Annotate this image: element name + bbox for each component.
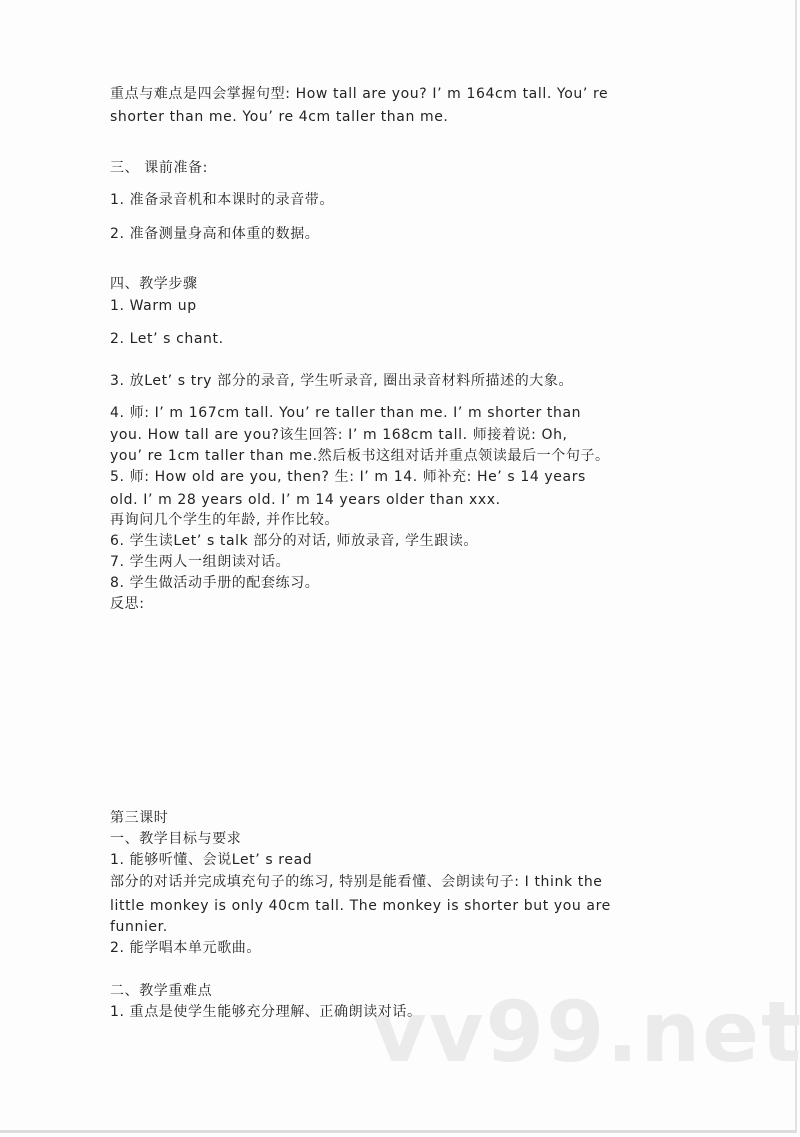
watermark: vv99.net [372, 990, 800, 1074]
document-line: 重点与难点是四会掌握句型: How tall are you? I’ m 164… [110, 86, 608, 102]
document-line: 一、教学目标与要求 [110, 831, 241, 847]
document-line: 2. Let’ s chant. [110, 331, 224, 347]
document-line: old. I’ m 28 years old. I’ m 14 years ol… [110, 492, 501, 508]
document-line: 三、 课前准备: [110, 160, 208, 176]
document-line: 4. 师: I’ m 167cm tall. You’ re taller th… [110, 405, 581, 421]
document-line: 四、教学步骤 [110, 276, 198, 292]
document-line: 1. 能够听懂、会说Let’ s read [110, 852, 312, 868]
document-line: 3. 放Let’ s try 部分的录音, 学生听录音, 圈出录音材料所描述的大… [110, 373, 573, 389]
document-line: 2. 能学唱本单元歌曲。 [110, 940, 261, 956]
document-page: vv99.net 重点与难点是四会掌握句型: How tall are you?… [0, 0, 797, 1133]
document-line: 1. 准备录音机和本课时的录音带。 [110, 192, 334, 208]
document-line: 1. Warm up [110, 298, 197, 314]
document-line: 2. 准备测量身高和体重的数据。 [110, 226, 319, 242]
document-line: 部分的对话并完成填充句子的练习, 特别是能看懂、会朗读句子: I think t… [110, 874, 603, 890]
document-line: 再询问几个学生的年龄, 并作比较。 [110, 512, 339, 528]
document-line: 5. 师: How old are you, then? 生: I’ m 14.… [110, 469, 586, 485]
document-line: 7. 学生两人一组朗读对话。 [110, 554, 290, 570]
document-line: funnier. [110, 919, 168, 935]
document-line: shorter than me. You’ re 4cm taller than… [110, 109, 448, 125]
document-line: you’ re 1cm taller than me.然后板书这组对话并重点领读… [110, 448, 610, 464]
document-line: little monkey is only 40cm tall. The mon… [110, 898, 611, 914]
document-line: 1. 重点是使学生能够充分理解、正确朗读对话。 [110, 1004, 422, 1020]
document-line: 反思: [110, 596, 145, 612]
document-line: 6. 学生读Let’ s talk 部分的对话, 师放录音, 学生跟读。 [110, 533, 478, 549]
document-line: 二、教学重难点 [110, 983, 212, 999]
document-line: you. How tall are you?该生回答: I’ m 168cm t… [110, 427, 568, 443]
document-line: 第三课时 [110, 810, 168, 826]
document-line: 8. 学生做活动手册的配套练习。 [110, 575, 319, 591]
